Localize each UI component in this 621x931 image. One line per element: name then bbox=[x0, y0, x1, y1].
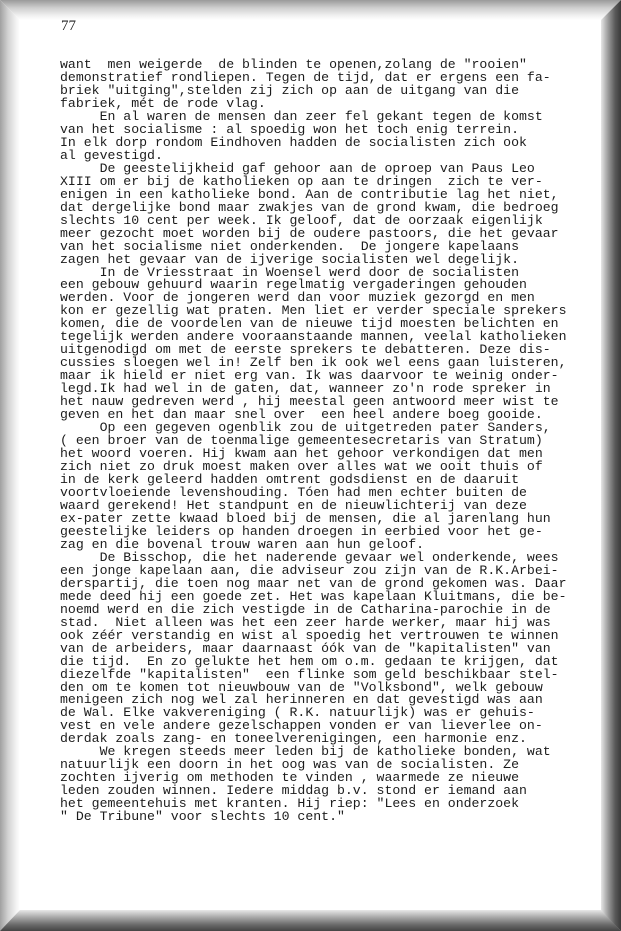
scanned-page: 77 want men weigerde de blinden te opene… bbox=[0, 0, 621, 931]
text-line: " De Tribune" voor slechts 10 cent." bbox=[60, 811, 605, 824]
frame-border-left bbox=[0, 0, 20, 931]
frame-border-top bbox=[0, 0, 621, 20]
frame-border-bottom bbox=[0, 910, 621, 931]
typewritten-body-text: want men weigerde de blinden te openen,z… bbox=[60, 59, 605, 824]
page-number: 77 bbox=[61, 18, 76, 34]
